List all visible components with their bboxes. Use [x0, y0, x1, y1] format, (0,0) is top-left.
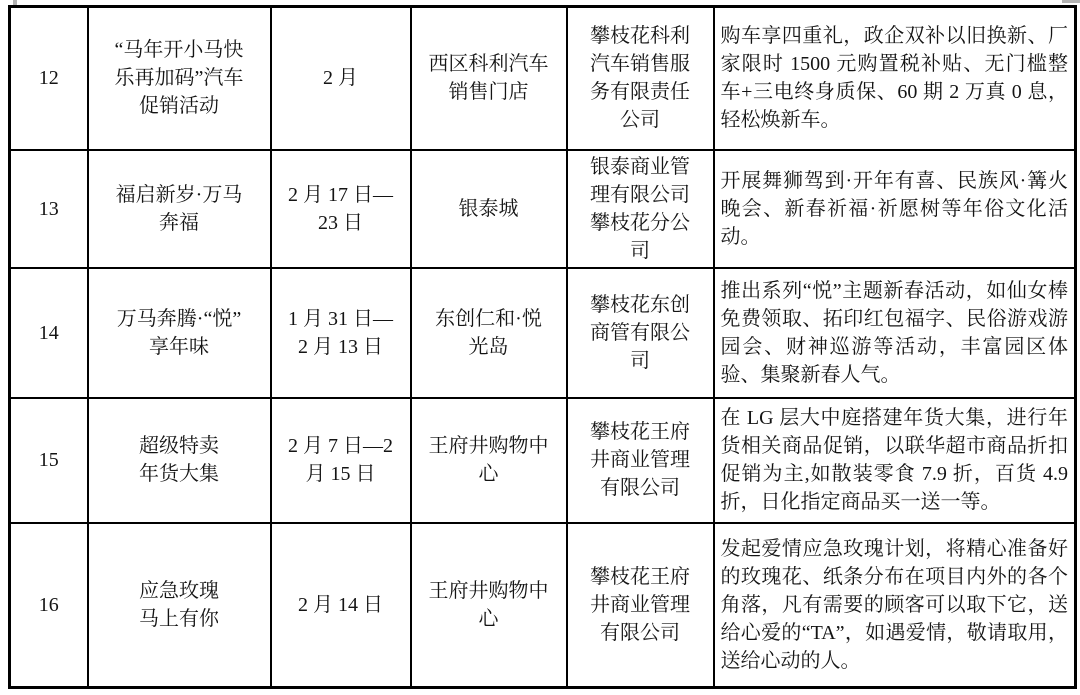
row-number-cell: 16 — [10, 523, 88, 688]
activity-name-cell: 福启新岁·万马 奔福 — [88, 150, 271, 268]
activity-name-cell: 超级特卖 年货大集 — [88, 398, 271, 523]
organizer-cell: 银泰商业管 理有限公司 攀枝花分公 司 — [567, 150, 714, 268]
venue-cell: 王府井购物中 心 — [411, 523, 567, 688]
date-cell: 2 月 14 日 — [271, 523, 411, 688]
venue-cell: 银泰城 — [411, 150, 567, 268]
date-cell: 1 月 31 日— 2 月 13 日 — [271, 268, 411, 398]
venue-cell: 王府井购物中 心 — [411, 398, 567, 523]
row-number-cell: 14 — [10, 268, 88, 398]
activity-name-cell: 应急玫瑰 马上有你 — [88, 523, 271, 688]
date-cell: 2 月 7 日—2 月 15 日 — [271, 398, 411, 523]
date-cell: 2 月 17 日— 23 日 — [271, 150, 411, 268]
description-cell: 在 LG 层大中庭搭建年货大集，进行年货相关商品促销，以联华超市商品折扣促销为主… — [714, 398, 1076, 523]
organizer-cell: 攀枝花王府 井商业管理 有限公司 — [567, 398, 714, 523]
venue-cell: 西区科利汽车 销售门店 — [411, 7, 567, 150]
table-row: 12 “马年开小马快 乐再加码”汽车 促销活动 2 月 西区科利汽车 销售门店 … — [10, 7, 1076, 150]
organizer-cell: 攀枝花科利 汽车销售服 务有限责任 公司 — [567, 7, 714, 150]
description-cell: 发起爱情应急玫瑰计划，将精心准备好的玫瑰花、纸条分布在项目内外的各个角落，凡有需… — [714, 523, 1076, 688]
description-cell: 开展舞狮驾到·开年有喜、民族风·篝火晚会、新春祈福·祈愿树等年俗文化活动。 — [714, 150, 1076, 268]
row-number-cell: 12 — [10, 7, 88, 150]
table-row: 16 应急玫瑰 马上有你 2 月 14 日 王府井购物中 心 攀枝花王府 井商业… — [10, 523, 1076, 688]
row-number-cell: 15 — [10, 398, 88, 523]
organizer-cell: 攀枝花王府 井商业管理 有限公司 — [567, 523, 714, 688]
venue-cell: 东创仁和·悦 光岛 — [411, 268, 567, 398]
row-number-cell: 13 — [10, 150, 88, 268]
activity-name-cell: “马年开小马快 乐再加码”汽车 促销活动 — [88, 7, 271, 150]
date-cell: 2 月 — [271, 7, 411, 150]
table-row: 15 超级特卖 年货大集 2 月 7 日—2 月 15 日 王府井购物中 心 攀… — [10, 398, 1076, 523]
cropped-gridline-remnant-right — [1062, 0, 1080, 3]
organizer-cell: 攀枝花东创 商管有限公 司 — [567, 268, 714, 398]
document-page: 12 “马年开小马快 乐再加码”汽车 促销活动 2 月 西区科利汽车 销售门店 … — [0, 0, 1080, 695]
table-row: 13 福启新岁·万马 奔福 2 月 17 日— 23 日 银泰城 银泰商业管 理… — [10, 150, 1076, 268]
description-cell: 购车享四重礼，政企双补以旧换新、厂家限时 1500 元购置税补贴、无门槛整车+三… — [714, 7, 1076, 150]
promotions-table: 12 “马年开小马快 乐再加码”汽车 促销活动 2 月 西区科利汽车 销售门店 … — [8, 5, 1077, 689]
description-cell: 推出系列“悦”主题新春活动，如仙女棒免费领取、拓印红包福字、民俗游戏游园会、财神… — [714, 268, 1076, 398]
activity-name-cell: 万马奔腾·“悦” 享年味 — [88, 268, 271, 398]
table-row: 14 万马奔腾·“悦” 享年味 1 月 31 日— 2 月 13 日 东创仁和·… — [10, 268, 1076, 398]
